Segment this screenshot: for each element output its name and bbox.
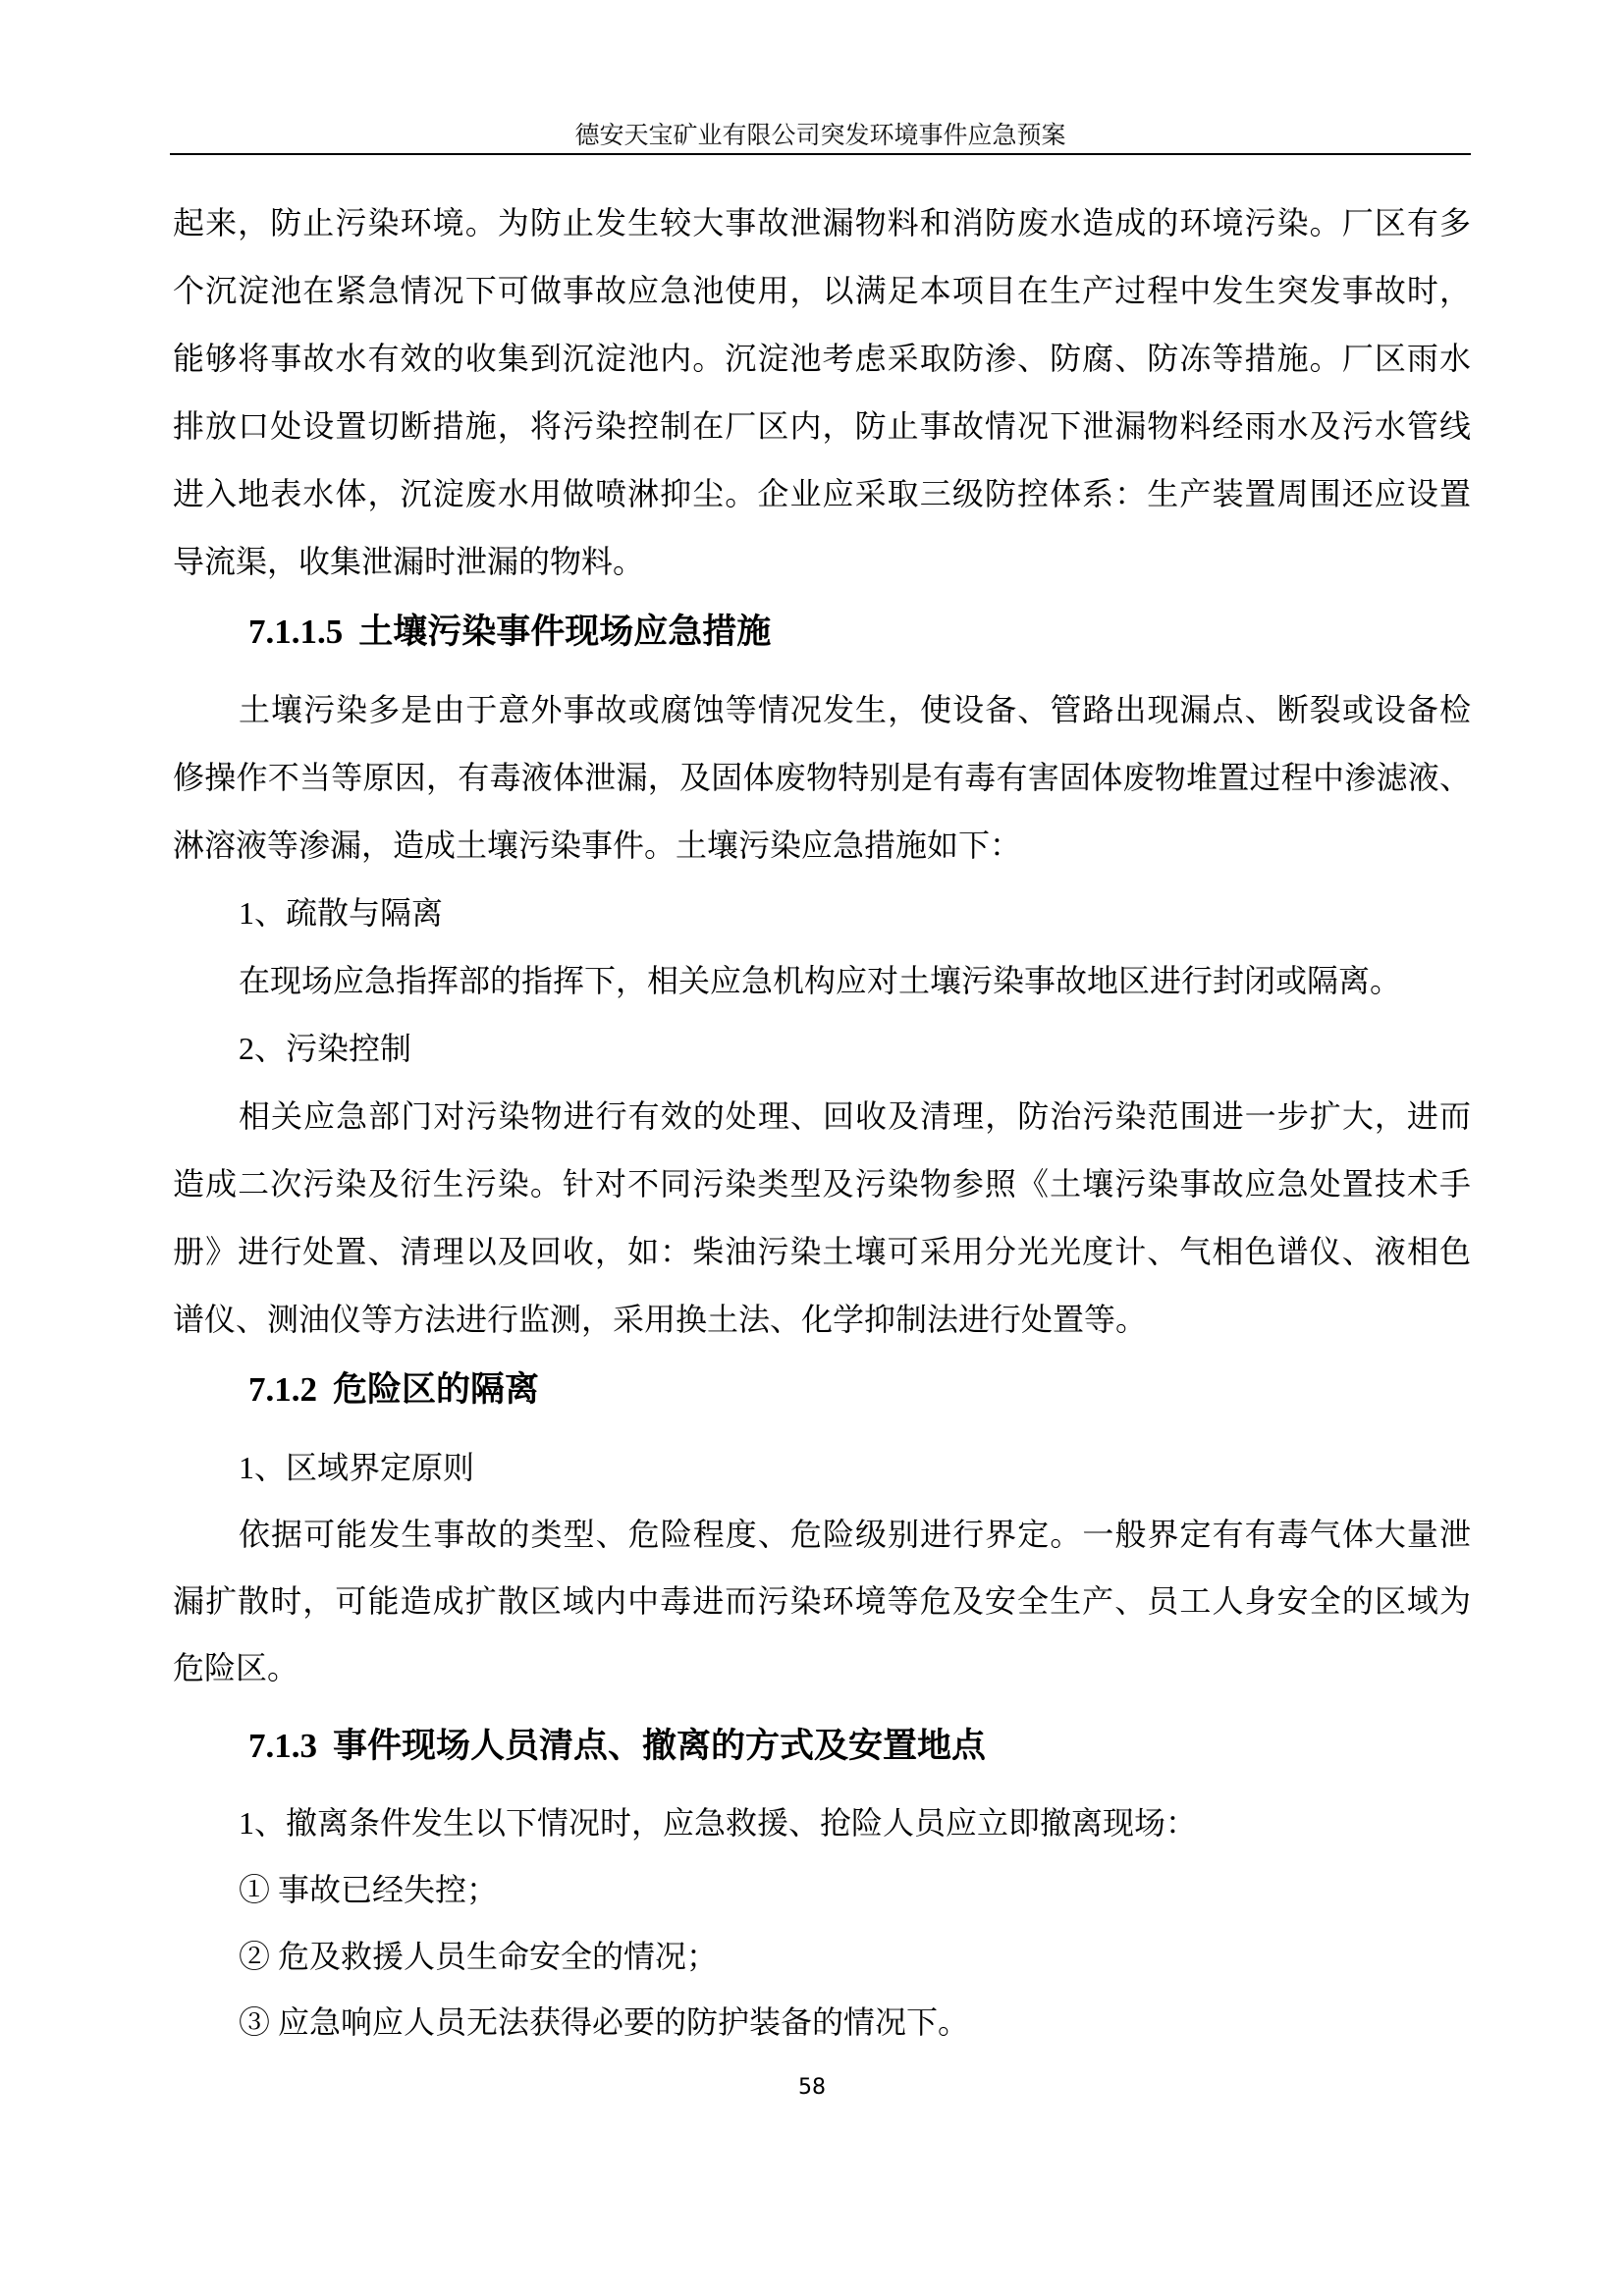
text-line: 能够将事故水有效的收集到沉淀池内。沉淀池考虑采取防渗、防腐、防冻等措施。厂区雨水: [173, 325, 1471, 393]
text-line: 起来，防止污染环境。为防止发生较大事故泄漏物料和消防废水造成的环境污染。厂区有多: [173, 189, 1471, 257]
heading-number: 7.1.2: [248, 1370, 317, 1409]
text-line: 进入地表水体，沉淀废水用做喷淋抑尘。企业应采取三级防控体系：生产装置周围还应设置: [173, 460, 1471, 528]
text-line: 相关应急部门对污染物进行有效的处理、回收及清理，防治污染范围进一步扩大，进而: [239, 1083, 1471, 1150]
heading-number: 7.1.3: [248, 1727, 317, 1765]
section-heading: 7.1.1.5土壤污染事件现场应急措施: [248, 598, 771, 666]
text-line: 依据可能发生事故的类型、危险程度、危险级别进行界定。一般界定有有毒气体大量泄: [239, 1501, 1471, 1569]
header-rule: [170, 153, 1471, 155]
text-line: 造成二次污染及衍生污染。针对不同污染类型及污染物参照《土壤污染事故应急处置技术手: [173, 1150, 1471, 1218]
text-line: 册》进行处置、清理以及回收，如：柴油污染土壤可采用分光光度计、气相色谱仪、液相色: [173, 1218, 1471, 1286]
list-item-title: 2、污染控制: [239, 1015, 1537, 1083]
page-number: 58: [0, 2073, 1624, 2103]
heading-title: 事件现场人员清点、撤离的方式及安置地点: [333, 1727, 986, 1765]
text-line: 谱仪、测油仪等方法进行监测，采用换土法、化学抑制法进行处置等。: [173, 1286, 1471, 1354]
text-line: 土壤污染多是由于意外事故或腐蚀等情况发生，使设备、管路出现漏点、断裂或设备检: [239, 676, 1471, 744]
heading-title: 土壤污染事件现场应急措施: [358, 613, 771, 651]
text-line: 漏扩散时，可能造成扩散区域内中毒进而污染环境等危及安全生产、员工人身安全的区域为: [173, 1568, 1471, 1635]
text-line: 修操作不当等原因，有毒液体泄漏，及固体废物特别是有毒有害固体废物堆置过程中渗滤液…: [173, 744, 1471, 812]
condition-item: ① 事故已经失控；: [239, 1856, 1537, 1924]
list-item-title: 1、疏散与隔离: [239, 880, 1537, 947]
text-line: 危险区。: [173, 1634, 1471, 1702]
text-line: 导流渠，收集泄漏时泄漏的物料。: [173, 528, 1471, 596]
condition-item: ③ 应急响应人员无法获得必要的防护装备的情况下。: [239, 1989, 1537, 2056]
heading-number: 7.1.1.5: [248, 613, 343, 651]
heading-title: 危险区的隔离: [333, 1370, 539, 1409]
section-heading: 7.1.2危险区的隔离: [248, 1356, 539, 1423]
text-line: 在现场应急指挥部的指挥下，相关应急机构应对土壤污染事故地区进行封闭或隔离。: [239, 947, 1537, 1015]
list-item-title: 1、撤离条件发生以下情况时，应急救援、抢险人员应立即撤离现场：: [239, 1789, 1537, 1857]
text-line: 淋溶液等渗漏，造成土壤污染事件。土壤污染应急措施如下：: [173, 812, 1471, 880]
text-line: 排放口处设置切断措施，将污染控制在厂区内，防止事故情况下泄漏物料经雨水及污水管线: [173, 393, 1471, 460]
condition-item: ② 危及救援人员生命安全的情况；: [239, 1923, 1537, 1991]
section-heading: 7.1.3事件现场人员清点、撤离的方式及安置地点: [248, 1712, 986, 1780]
text-line: 个沉淀池在紧急情况下可做事故应急池使用，以满足本项目在生产过程中发生突发事故时，: [173, 257, 1471, 325]
list-item-title: 1、区域界定原则: [239, 1434, 1537, 1502]
header-title: 德安天宝矿业有限公司突发环境事件应急预案: [170, 120, 1471, 153]
